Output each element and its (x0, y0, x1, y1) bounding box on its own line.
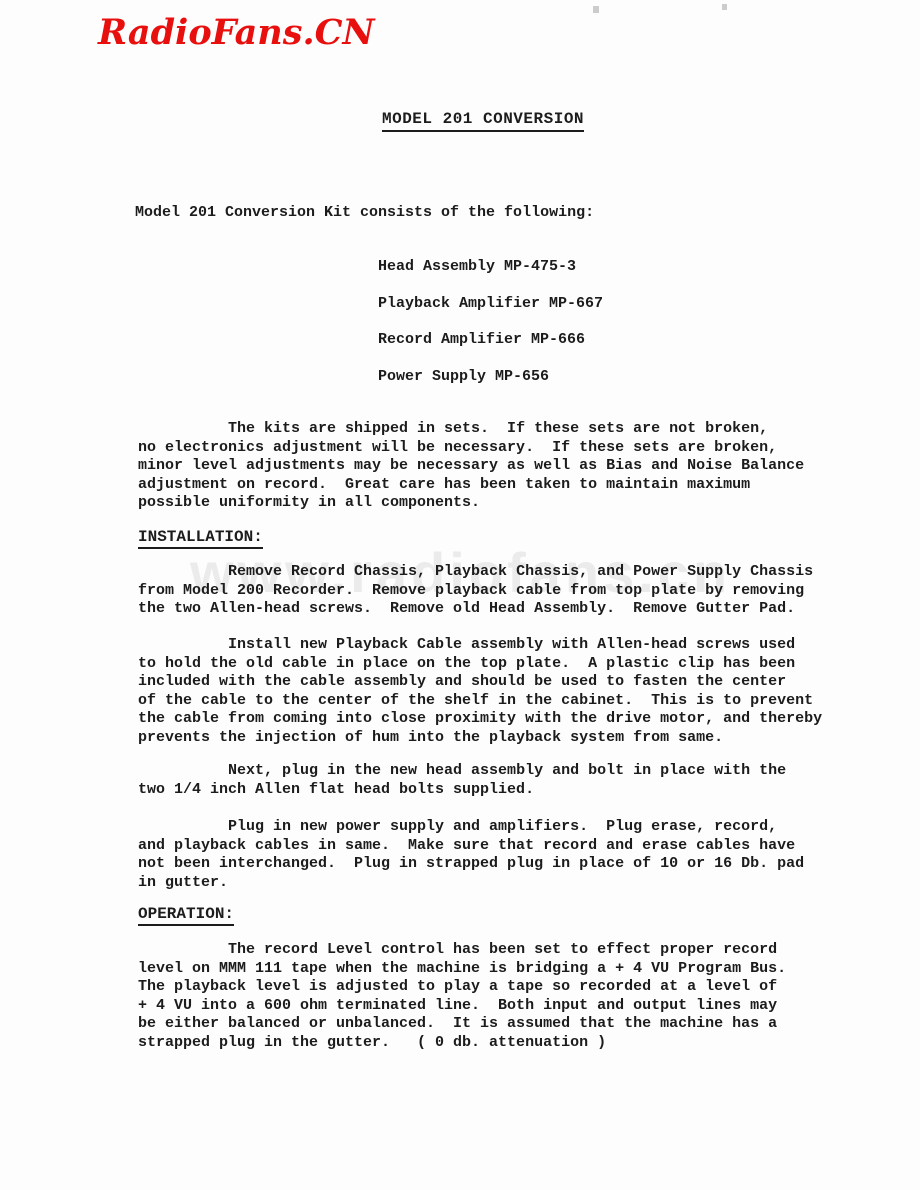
page-title: MODEL 201 CONVERSION (382, 110, 584, 132)
operation-paragraph-1: The record Level control has been set to… (138, 941, 838, 1052)
intro-paragraph: The kits are shipped in sets. If these s… (138, 420, 838, 513)
scanned-document-page: RadioFans.CN www.radiofans.cn MODEL 201 … (0, 0, 920, 1190)
intro-line: Model 201 Conversion Kit consists of the… (135, 204, 594, 221)
operation-header-text: OPERATION: (138, 905, 234, 926)
kit-item-power-supply: Power Supply MP-656 (378, 368, 603, 387)
installation-paragraph-4: Plug in new power supply and amplifiers.… (138, 818, 838, 892)
kit-items-list: Head Assembly MP-475-3 Playback Amplifie… (378, 258, 603, 404)
installation-section-header: INSTALLATION: (138, 528, 263, 549)
scan-speck (593, 6, 599, 13)
installation-header-text: INSTALLATION: (138, 528, 263, 549)
title-row: MODEL 201 CONVERSION (138, 110, 828, 132)
kit-item-head-assembly: Head Assembly MP-475-3 (378, 258, 603, 277)
installation-paragraph-1: Remove Record Chassis, Playback Chassis,… (138, 563, 838, 619)
installation-paragraph-2: Install new Playback Cable assembly with… (138, 636, 838, 747)
kit-item-record-amplifier: Record Amplifier MP-666 (378, 331, 603, 350)
operation-section-header: OPERATION: (138, 905, 234, 926)
installation-paragraph-3: Next, plug in the new head assembly and … (138, 762, 838, 799)
scan-speck (722, 4, 727, 10)
kit-item-playback-amplifier: Playback Amplifier MP-667 (378, 295, 603, 314)
radiofans-logo: RadioFans.CN (98, 12, 374, 53)
